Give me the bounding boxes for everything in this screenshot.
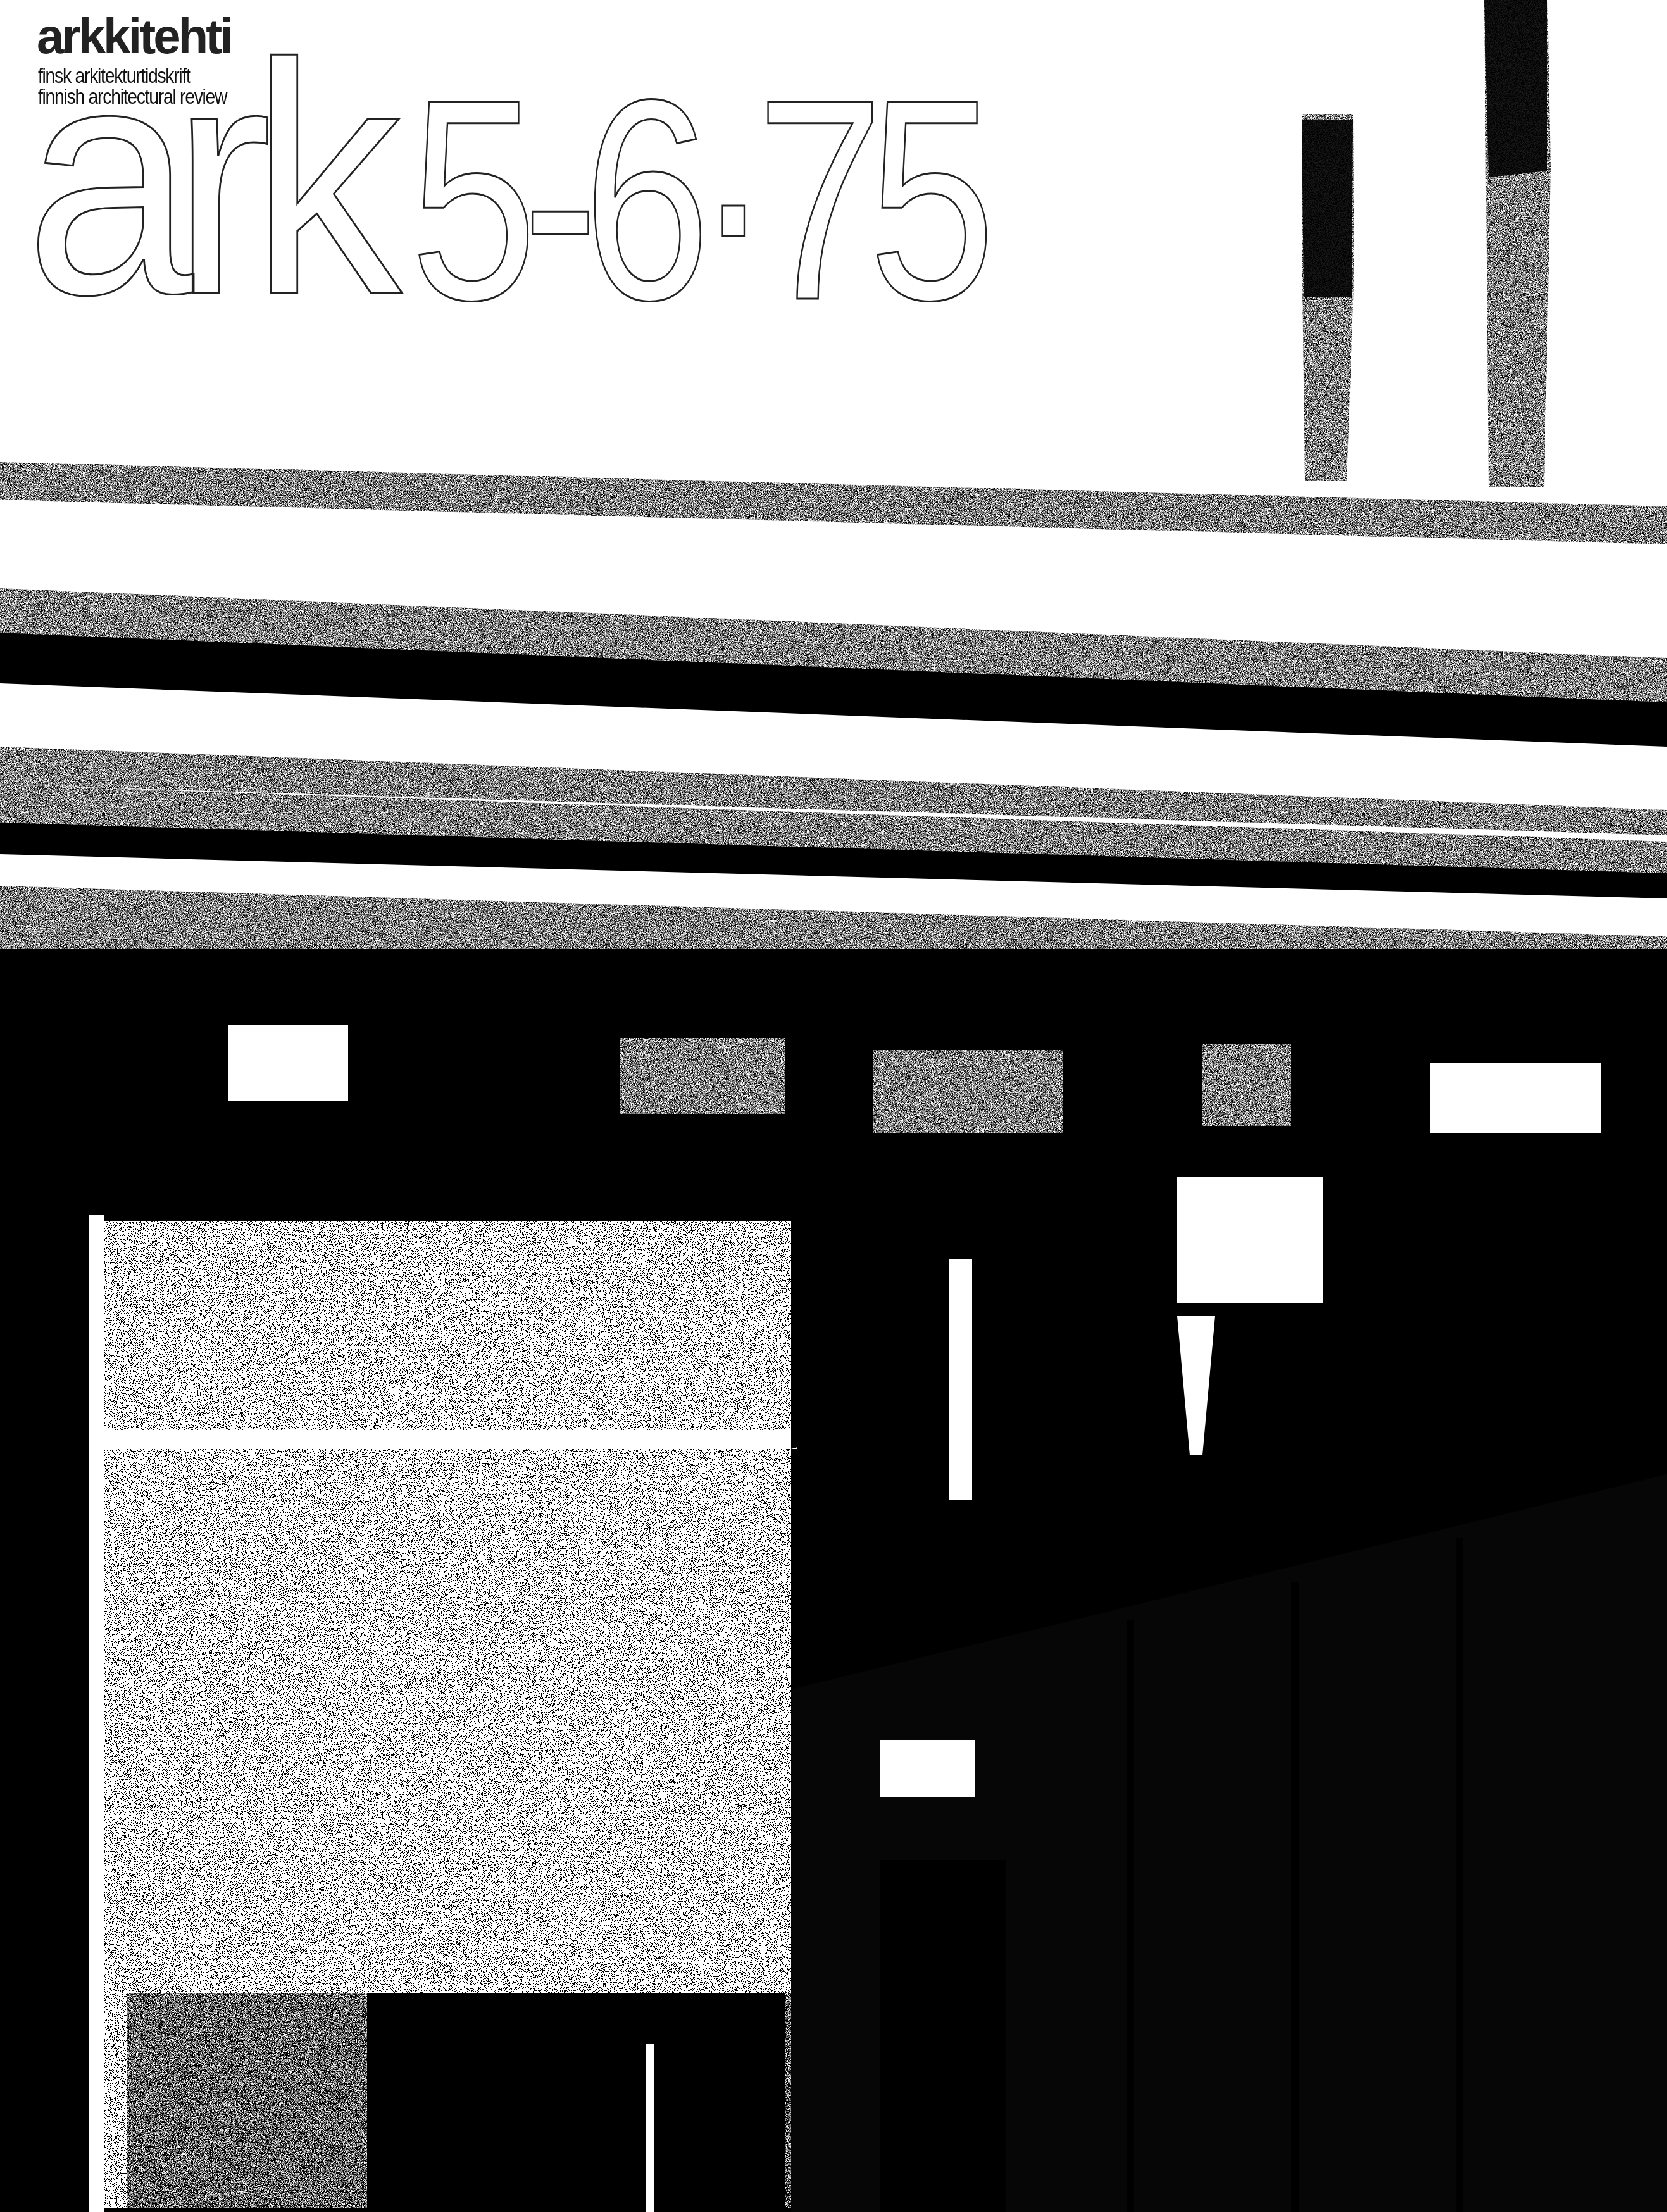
magazine-cover: ark 5-6·75 arkkitehti finsk arkitekturti… xyxy=(0,0,1667,2212)
masthead: ark 5-6·75 arkkitehti finsk arkitekturti… xyxy=(0,0,1667,329)
subtitle-swedish: finsk arkitekturtidskrift xyxy=(38,65,190,86)
publication-title: arkkitehti xyxy=(37,11,231,61)
pipes-band xyxy=(0,462,1667,987)
subtitle-english: finnish architectural review xyxy=(38,86,227,107)
issue-number: 5-6·75 xyxy=(410,57,980,343)
